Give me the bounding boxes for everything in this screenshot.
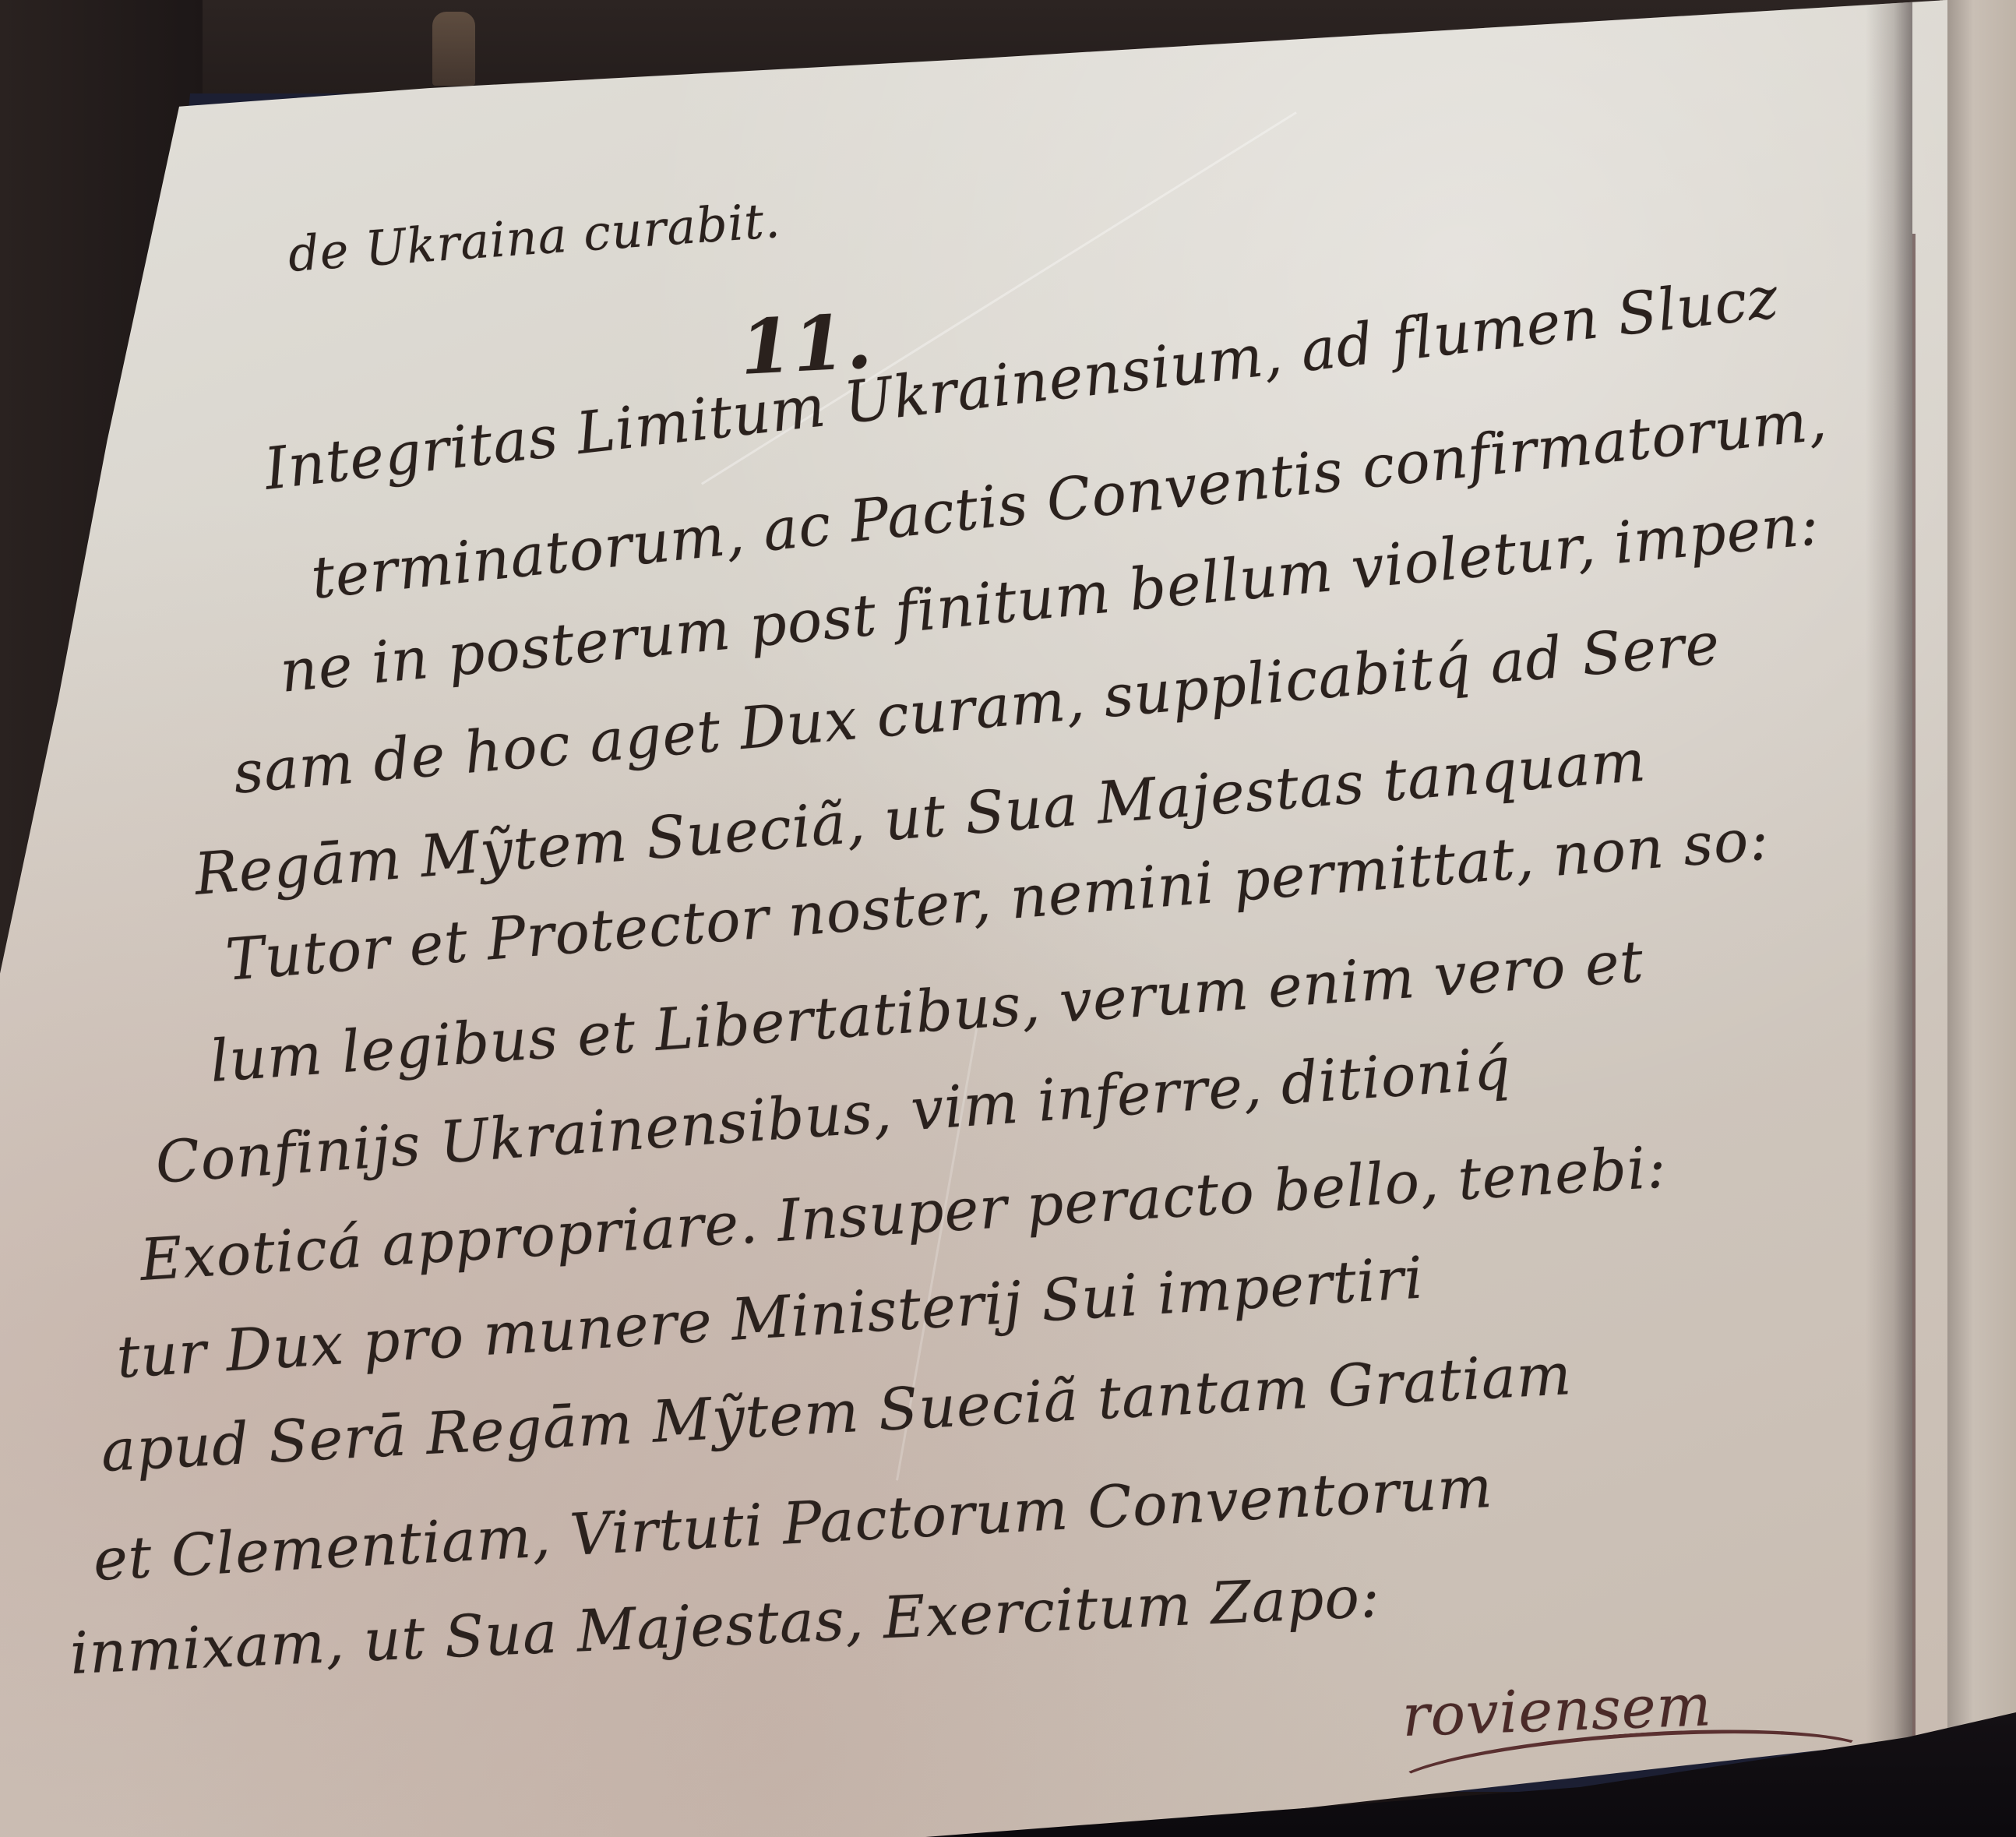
manuscript-heading: de Ukraina curabit.	[286, 192, 782, 283]
manuscript-text: de Ukraina curabit. 11. Integritas Limit…	[0, 0, 1947, 1837]
facing-page-edge	[1940, 0, 2016, 1768]
photo-scene: de Ukraina curabit. 11. Integritas Limit…	[0, 0, 2016, 1837]
